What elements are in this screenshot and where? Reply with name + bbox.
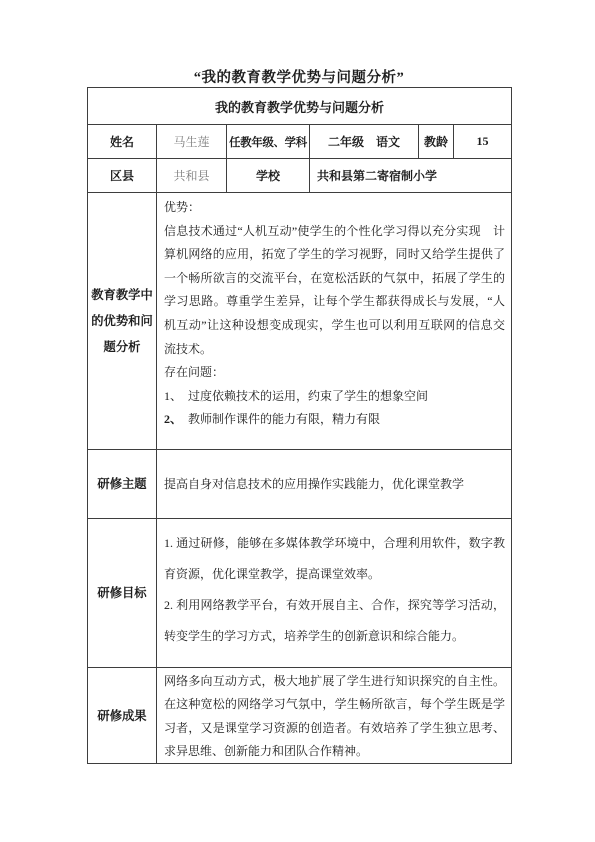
document-title: “我的教育教学优势与问题分析”: [87, 66, 511, 87]
result-label: 研修成果: [88, 668, 157, 764]
advantage-text: 信息技术通过“人机互动”使学生的个性化学习得以充分实现 计算机网络的应用，拓宽了…: [164, 220, 505, 362]
problem-heading: 存在问题：: [164, 361, 505, 385]
theme-content: 提高自身对信息技术的应用操作实践能力，优化课堂教学: [157, 450, 512, 519]
goal-content: 1. 通过研修，能够在多媒体教学环境中，合理利用软件，数字教育资源，优化课堂教学…: [157, 519, 512, 668]
result-content: 网络多向互动方式，极大地扩展了学生进行知识探究的自主性。在这种宽松的网络学习气氛…: [157, 668, 512, 764]
analysis-content: 优势： 信息技术通过“人机互动”使学生的个性化学习得以充分实现 计算机网络的应用…: [157, 193, 512, 450]
theme-label: 研修主题: [88, 450, 157, 519]
school-label: 学校: [227, 159, 310, 193]
name-label: 姓名: [88, 125, 157, 159]
goal-label: 研修目标: [88, 519, 157, 668]
analysis-row: 教育教学中的优势和问题分析 优势： 信息技术通过“人机互动”使学生的个性化学习得…: [88, 193, 512, 450]
grade-subject-value: 二年级 语文: [310, 125, 419, 159]
analysis-table: 我的教育教学优势与问题分析 姓名 马生莲 任教年级、学科 二年级 语文 教龄 1…: [87, 87, 512, 764]
problem-1-text: 过度依赖技术的运用，约束了学生的想象空间: [188, 389, 428, 403]
teaching-years-label: 教龄: [419, 125, 454, 159]
grade-subject-label: 任教年级、学科: [227, 125, 310, 159]
table-header-row: 我的教育教学优势与问题分析: [88, 88, 512, 125]
district-school-row: 区县 共和县 学校 共和县第二寄宿制小学: [88, 159, 512, 193]
teaching-years-value: 15: [454, 125, 512, 159]
problem-1-number: 1、: [164, 389, 176, 403]
goal-row: 研修目标 1. 通过研修，能够在多媒体教学环境中，合理利用软件，数字教育资源，优…: [88, 519, 512, 668]
school-value: 共和县第二寄宿制小学: [310, 159, 512, 193]
problem-2-number: 2、: [164, 412, 176, 426]
document-page: “我的教育教学优势与问题分析” 我的教育教学优势与问题分析 姓名 马生莲 任教年…: [0, 0, 595, 842]
theme-row: 研修主题 提高自身对信息技术的应用操作实践能力，优化课堂教学: [88, 450, 512, 519]
analysis-label: 教育教学中的优势和问题分析: [88, 193, 157, 450]
goal-item-2: 2. 利用网络教学平台，有效开展自主、合作，探究等学习活动，转变学生的学习方式，…: [164, 590, 505, 652]
goal-item-1: 1. 通过研修，能够在多媒体教学环境中，合理利用软件，数字教育资源，优化课堂教学…: [164, 528, 505, 590]
advantage-heading: 优势：: [164, 196, 505, 220]
district-label: 区县: [88, 159, 157, 193]
problem-2-text: 教师制作课件的能力有限，精力有限: [188, 412, 380, 426]
name-value: 马生莲: [157, 125, 227, 159]
table-title: 我的教育教学优势与问题分析: [88, 88, 512, 125]
problem-item-1: 1、 过度依赖技术的运用，约束了学生的想象空间: [164, 385, 505, 409]
district-value: 共和县: [157, 159, 227, 193]
teacher-info-row: 姓名 马生莲 任教年级、学科 二年级 语文 教龄 15: [88, 125, 512, 159]
result-row: 研修成果 网络多向互动方式，极大地扩展了学生进行知识探究的自主性。在这种宽松的网…: [88, 668, 512, 764]
problem-item-2: 2、 教师制作课件的能力有限，精力有限: [164, 408, 505, 432]
